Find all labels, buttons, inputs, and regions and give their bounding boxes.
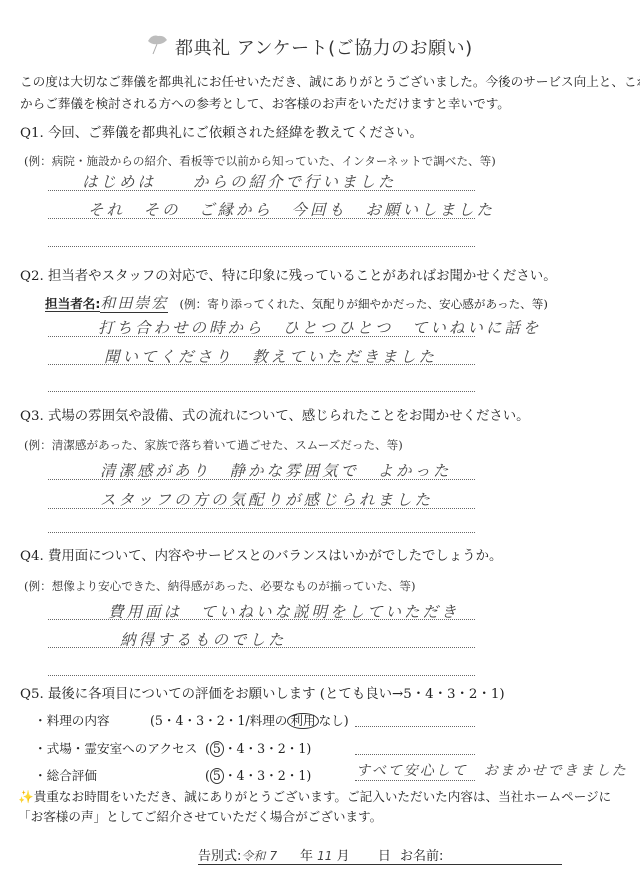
rating-access-label: ・式場・霊安室へのアクセス: [34, 738, 197, 757]
page-title: 都典礼 アンケート(ご協力のお願い): [175, 34, 473, 60]
year-field[interactable]: 7: [270, 849, 278, 863]
answer-line: [48, 364, 475, 365]
answer-line: [48, 508, 475, 509]
q4-example: (例：想像より安心できた、納得感があった、必要なものが揃っていた、等): [24, 578, 416, 594]
month-unit: 月: [337, 849, 350, 864]
rating-overall-scale[interactable]: (5・4・3・2・1): [205, 765, 311, 784]
era-field[interactable]: 令和: [241, 849, 265, 863]
footer-line-2: 「お客様の声」としてご紹介させていただく場合がございます。: [18, 806, 382, 825]
sparkle-icon: ✨: [18, 789, 34, 804]
ceremony-date: 告別式:令和 7 年 11 月 日: [198, 845, 400, 865]
comment-line: [355, 780, 475, 781]
answer-line: [48, 391, 475, 392]
q3-answer-2[interactable]: スタッフの方の気配りが感じられました: [100, 488, 433, 510]
day-unit: 日: [378, 849, 391, 864]
intro-line-2: からご葬儀を検討される方への参考として、お客様のお声をいただけますと幸いです。: [20, 93, 510, 112]
year-unit: 年: [300, 849, 313, 864]
ceremony-label: 告別式:: [198, 849, 241, 864]
q3-answer-1[interactable]: 清潔感があり 静かな雰囲気で よかった: [100, 459, 452, 481]
comment-line: [355, 754, 475, 755]
circled-choice[interactable]: 5: [210, 768, 224, 784]
rating-overall-comment[interactable]: すべて安心して おまかせできました: [356, 760, 628, 780]
comment-line: [355, 726, 475, 727]
answer-line: [48, 190, 475, 191]
rating-access-scale[interactable]: (5・4・3・2・1): [205, 738, 311, 757]
q3-example: (例：清潔感があった、家族で落ち着いて過ごせた、スムーズだった、等): [24, 437, 403, 453]
answer-line: [48, 218, 475, 219]
q2-answer-1[interactable]: 打ち合わせの時から ひとつひとつ ていねいに話を: [98, 316, 541, 338]
q1-answer-1[interactable]: はじめは からの紹介で行いました: [82, 170, 397, 192]
answer-line: [48, 479, 475, 480]
scale-text: (5・4・3・2・1/料理の: [150, 713, 287, 728]
answer-line: [48, 647, 475, 648]
answer-line: [48, 336, 475, 337]
q4-question: Q4. 費用面について、内容やサービスとのバランスはいかがでしたでしょうか。: [20, 545, 502, 564]
name-row: お名前:: [400, 845, 562, 865]
footer-text: 貴重なお時間をいただき、誠にありがとうございます。ご記入いただいた内容は、当社ホ…: [34, 789, 612, 804]
staff-name[interactable]: 和田崇宏: [100, 294, 168, 313]
footer-line-1: ✨貴重なお時間をいただき、誠にありがとうございます。ご記入いただいた内容は、当社…: [18, 786, 611, 805]
q5-question: Q5. 最後に各項目についての評価をお願いします (とても良い→5・4・3・2・…: [20, 683, 505, 702]
name-label: お名前:: [400, 849, 443, 864]
q2-example: (例：寄り添ってくれた、気配りが細やかだった、安心感があった、等): [180, 297, 548, 311]
intro-line-1: この度は大切なご葬儀を都典礼にお任せいただき、誠にありがとうございました。今後の…: [20, 71, 640, 90]
rating-food-label: ・料理の内容: [34, 710, 110, 729]
q3-question: Q3. 式場の雰囲気や設備、式の流れについて、感じられたことをお聞かせください。: [20, 405, 530, 424]
q2-question: Q2. 担当者やスタッフの対応で、特に印象に残っていることがあればお聞かせくださ…: [20, 265, 557, 284]
scale-text: なし): [319, 713, 349, 728]
circled-choice[interactable]: 5: [210, 741, 224, 757]
scale-text: ・4・3・2・1): [224, 741, 311, 756]
q1-example: (例：病院・施設からの紹介、看板等で以前から知っていた、インターネットで調べた、…: [24, 153, 496, 169]
scale-text: ・4・3・2・1): [224, 768, 311, 783]
answer-line: [48, 246, 475, 247]
month-field[interactable]: 11: [317, 849, 332, 863]
rating-overall-label: ・総合評価: [34, 765, 97, 784]
answer-line: [48, 619, 475, 620]
rating-food-scale[interactable]: (5・4・3・2・1/料理の利用なし): [150, 710, 349, 729]
ginkgo-leaf-icon: [146, 33, 168, 55]
circled-choice[interactable]: 利用: [287, 713, 318, 729]
q1-question: Q1. 今回、ご葬儀を都典礼にご依頼された経緯を教えてください。: [20, 122, 423, 141]
answer-line: [48, 675, 475, 676]
answer-line: [48, 532, 475, 533]
staff-name-row: 担当者名:和田崇宏 (例：寄り添ってくれた、気配りが細やかだった、安心感があった…: [45, 292, 548, 313]
q1-answer-2[interactable]: それ その ご縁から 今回も お願いしました: [88, 198, 495, 220]
staff-label: 担当者名:: [45, 296, 100, 312]
